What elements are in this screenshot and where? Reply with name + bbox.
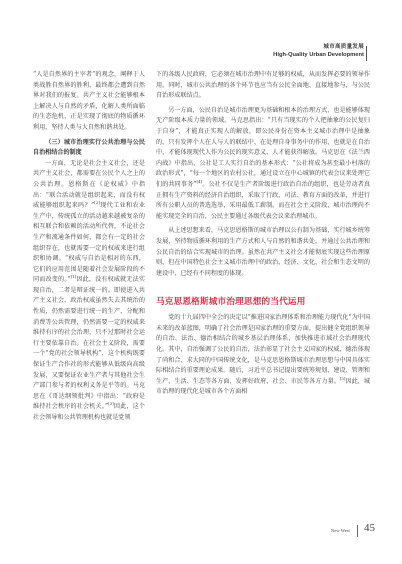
- paragraph-text: 党的十九届四中全会的决定以“推进国家治理体系和治理能力现代化”为中国未来的改革蓝…: [156, 314, 370, 385]
- sub-heading: （三）城市治理实行公共治理与公民自治相结合的制度: [33, 138, 145, 159]
- section-heading: 马克思恩格斯城市治理思想的当代运用: [156, 295, 370, 307]
- paragraph: 另一方面，公民自治是城市治理更为基础和根本的治理方式，也是能够体现无产阶级本质力…: [156, 106, 370, 223]
- running-head-cn: 城市高质量发展: [273, 44, 364, 51]
- paragraph: 从上述思想来看，马克思恩格斯的城市治理以公有制为基础，实行城乡统筹发展，坚持物质…: [156, 226, 370, 279]
- paragraph-text: 因此，没有权威就无法实现自治，二者是辩证统一的。即使进入共产主义社会，政治权威虽…: [33, 276, 145, 410]
- paragraph: 一方面，无论是社会主义社会，还是共产主义社会，都需要在公民个人之上的公共治理。恩…: [33, 159, 145, 424]
- page-number: 45: [364, 522, 375, 534]
- paragraph: 党的十九届四中全会的决定以“推进国家治理体系和治理能力现代化”为中国未来的改革蓝…: [156, 313, 370, 398]
- running-head-divider: [366, 46, 367, 61]
- paragraph-text: 另一方面，公民自治是城市治理更为基础和根本的治理方式，也是能够体现无产阶级本质力…: [156, 107, 370, 188]
- paragraph: 下的各级人民政府，它必须在城市治理中有足够的权威，从而发挥必要的领导作用。同时，…: [156, 70, 370, 102]
- folio-divider: [357, 525, 358, 537]
- paragraph: “人是自然界的主宰者”的观念，阐释于人类战胜自然界的胜利，最终都会遭到自然界对我…: [33, 70, 145, 134]
- running-head-en: High-Quality Urban Development: [273, 51, 364, 59]
- paragraph-text: 现代工业和农业生产中，传统孤立的活动越来越被复杂的相互联合和依赖的活动所代替，不…: [33, 202, 145, 283]
- journal-name: New West: [331, 528, 350, 533]
- right-column: 下的各级人民政府，它必须在城市治理中有足够的权威，从而发挥必要的领导作用。同时，…: [156, 70, 370, 398]
- running-head: 城市高质量发展 High-Quality Urban Development: [273, 44, 364, 59]
- left-column: “人是自然界的主宰者”的观念，阐释于人类战胜自然界的胜利，最终都会遭到自然界对我…: [33, 70, 145, 424]
